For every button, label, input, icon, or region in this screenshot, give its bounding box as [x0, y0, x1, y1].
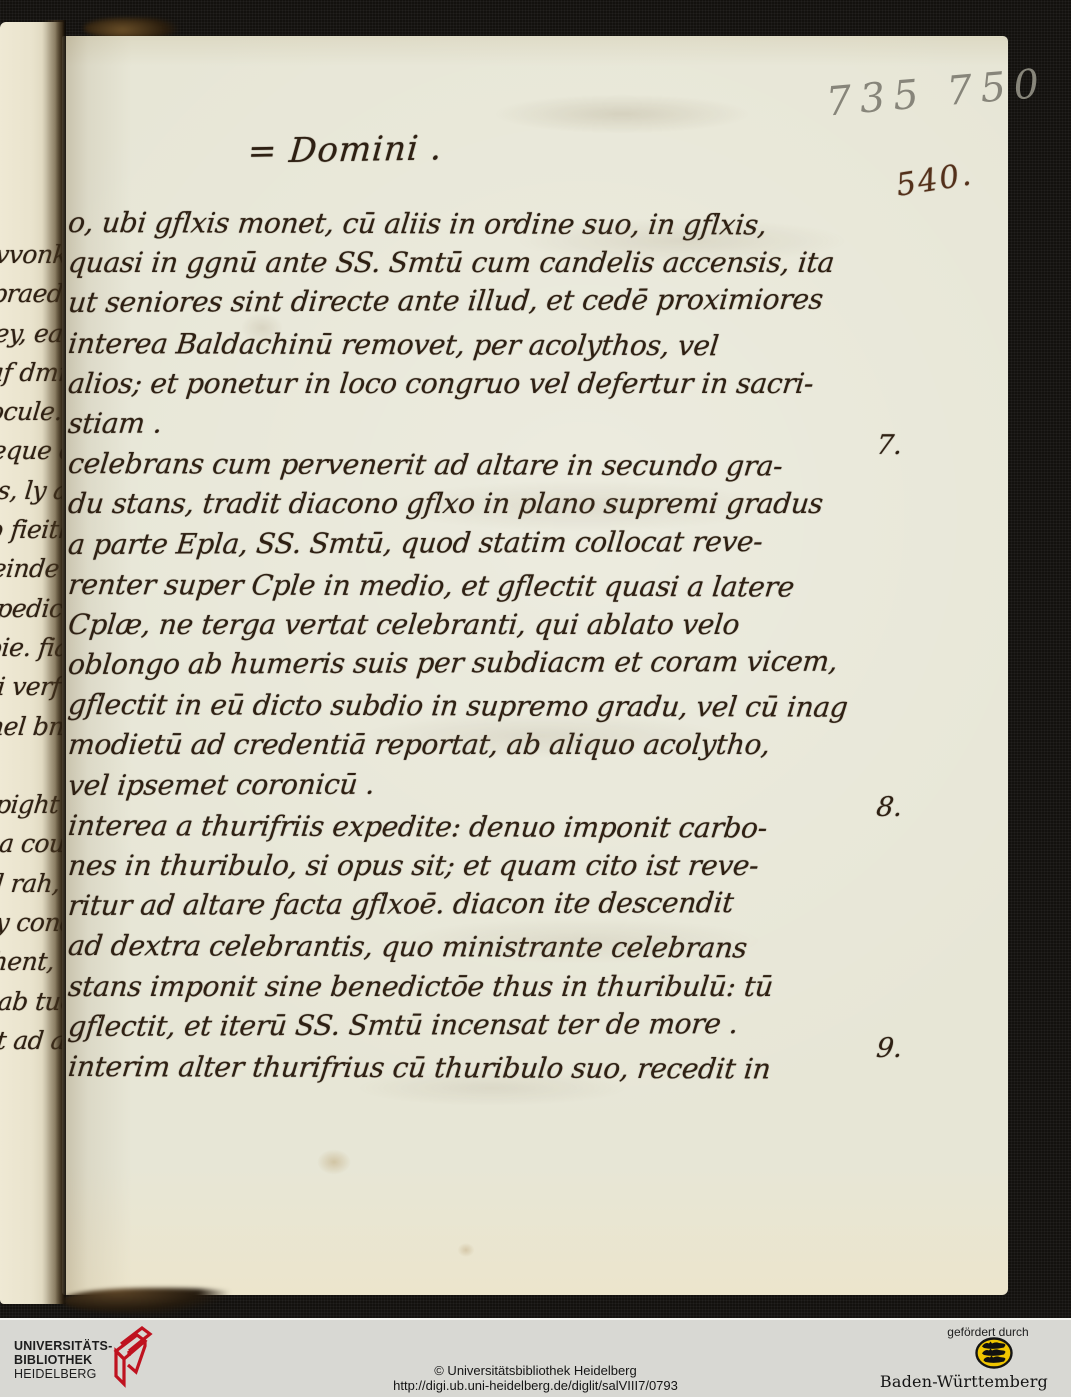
manuscript-line-text: ritur ad altare facta gflxoē. diacon ite… [67, 886, 735, 922]
manuscript-line: interea a thurifriis expedite: denuo imp… [66, 809, 876, 852]
manuscript-line-text: alios; et ponetur in loco congruo vel de… [67, 367, 815, 400]
baden-wuerttemberg-coat-of-arms-icon [974, 1336, 1014, 1370]
manuscript-line: stans imponit sine benedictōe thus in th… [66, 970, 876, 1010]
manuscript-line-text: a parte Epla, SS. Smtū, quod statim coll… [67, 524, 765, 560]
manuscript-line-text: stans imponit sine benedictōe thus in th… [67, 970, 775, 1003]
manuscript-line-text: du stans, tradit diacono gflxo in plano … [67, 487, 825, 520]
manuscript-line-text: Cplæ, ne terga vertat celebranti, qui ab… [67, 608, 741, 641]
manuscript-line: oblongo ab humeris suis per subdiacm et … [66, 645, 876, 689]
footer-bar: UNIVERSITÄTS- BIBLIOTHEK HEIDELBERG © Un… [0, 1318, 1071, 1397]
manuscript-line-text: interea Baldachinū removet, per acolytho… [67, 327, 721, 362]
manuscript-line-text: gflectit, et iterū SS. Smtū incensat ter… [67, 1007, 740, 1043]
manuscript-line-text: o, ubi gflxis monet, cū aliis in ordine … [67, 206, 769, 241]
manuscript-line: ad dextra celebrantis, quo ministrante c… [66, 929, 876, 972]
manuscript-line-text: ut seniores sint directe ante illud, et … [67, 283, 825, 319]
manuscript-line: nes in thuribulo, si opus sit; et quam c… [66, 849, 876, 889]
scanned-book-photo: ievvonk.ly Bpraede viey, ea paf dmn nocu… [0, 0, 1071, 1397]
manuscript-line: interea Baldachinū removet, per acolytho… [66, 327, 876, 370]
manuscript-line: renter super Cple in medio, et gflectit … [66, 568, 876, 611]
manuscript-line-text: gflectit in eū dicto subdio in supremo g… [67, 688, 850, 724]
manuscript-line-text: interea a thurifriis expedite: denuo imp… [67, 809, 769, 844]
book-edge-bottom [64, 1288, 254, 1314]
manuscript-line: celebrans cum pervenerit ad altare in se… [66, 447, 876, 490]
manuscript-line: ritur ad altare facta gflxoē. diacon ite… [66, 886, 876, 930]
manuscript-line-text: modietū ad credentiā reportat, ab aliquo… [67, 728, 772, 761]
manuscript-line-text: nes in thuribulo, si opus sit; et quam c… [67, 849, 761, 882]
binding-edge-top [84, 18, 180, 38]
manuscript-line-text: ad dextra celebrantis, quo ministrante c… [67, 929, 749, 964]
book-gutter-shadow [42, 20, 66, 1304]
manuscript-line: ut seniores sint directe ante illud, et … [66, 283, 876, 327]
manuscript-heading: = Domini . [246, 128, 444, 171]
marginal-number: 9. [875, 1033, 904, 1064]
manuscript-line-text: quasi in ggnū ante SS. Smtū cum candelis… [67, 246, 836, 279]
manuscript-line-text: vel ipsemet coronicū . [67, 767, 376, 801]
marginal-number: 8. [875, 792, 904, 823]
library-name-line1: UNIVERSITÄTS- [14, 1339, 112, 1353]
manuscript-line: gflectit in eū dicto subdio in supremo g… [66, 688, 876, 731]
manuscript-line: vel ipsemet coronicū . [66, 765, 876, 809]
manuscript-line-text: interim alter thurifrius cū thuribulo su… [67, 1050, 773, 1085]
manuscript-line: a parte Epla, SS. Smtū, quod statim coll… [66, 524, 876, 568]
manuscript-line-text: celebrans cum pervenerit ad altare in se… [67, 447, 785, 482]
manuscript-line: Cplæ, ne terga vertat celebranti, qui ab… [66, 608, 876, 648]
manuscript-line: du stans, tradit diacono gflxo in plano … [66, 487, 876, 527]
funding-body-name: Baden-Württemberg [880, 1372, 1048, 1391]
manuscript-page: 735 750 540. = Domini . o, ubi gflxis mo… [62, 36, 1008, 1295]
manuscript-line: modietū ad credentiā reportat, ab aliquo… [66, 728, 876, 768]
ink-foliation-number: 540. [894, 156, 976, 204]
manuscript-line: quasi in ggnū ante SS. Smtū cum candelis… [66, 246, 876, 286]
manuscript-line-text: renter super Cple in medio, et gflectit … [67, 568, 796, 604]
manuscript-line: interim alter thurifrius cū thuribulo su… [66, 1050, 876, 1093]
manuscript-text-block: o, ubi gflxis monet, cū aliis in ordine … [68, 206, 874, 1090]
manuscript-line: stiam . [66, 403, 876, 447]
manuscript-line: o, ubi gflxis monet, cū aliis in ordine … [66, 206, 876, 249]
pencil-shelfmark: 735 750 [824, 60, 1049, 125]
manuscript-line: alios; et ponetur in loco congruo vel de… [66, 367, 876, 407]
marginal-number: 7. [875, 430, 904, 461]
manuscript-line-text: oblongo ab humeris suis per subdiacm et … [67, 645, 839, 681]
manuscript-line-text: stiam . [67, 407, 164, 440]
manuscript-line: gflectit, et iterū SS. Smtū incensat ter… [66, 1006, 876, 1050]
